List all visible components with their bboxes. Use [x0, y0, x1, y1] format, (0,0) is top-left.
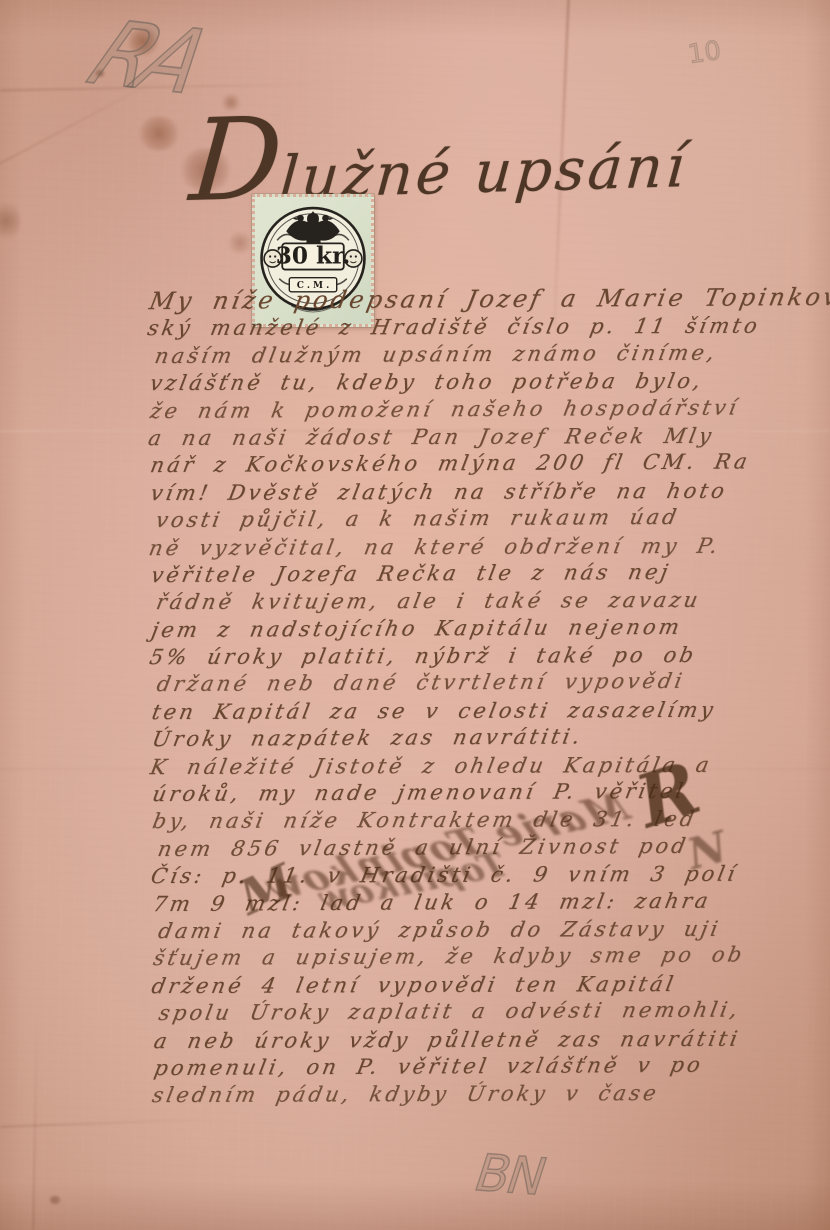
handwriting-line: že nám k pomožení našeho hospodářství [148, 393, 829, 425]
handwriting-line: naším dlužným upsáním známo činíme, [152, 339, 828, 371]
crease-horizontal-bottom [0, 1118, 220, 1128]
handwriting-line: šťujem a upisujem, že kdyby sme po ob [151, 941, 830, 973]
stain [125, 28, 161, 55]
handwriting-line: a neb úroky vždy půlletně zas navrátiti [151, 1025, 830, 1055]
handwriting-line: My níže podepsaní Jozef a Marie Topinkov [147, 284, 828, 316]
handwriting-line: Čís: p. 11. v Hradišti č. 9 vním 3 polí [148, 861, 830, 891]
handwriting-line: by, naši níže Kontraktem dle 31. led [150, 806, 830, 836]
stain-speck [96, 70, 104, 77]
handwriting-line: věřitele Jozefa Rečka tle z nás nej [149, 558, 830, 590]
stain [226, 232, 254, 254]
stain-speck [50, 1196, 60, 1204]
handwriting-line: Úroky nazpátek zas navrátiti. [150, 722, 830, 754]
crease-vertical-bottomleft [32, 1020, 38, 1230]
pencil-mark-bn: BN [467, 1144, 552, 1207]
handwriting-line: nář z Kočkovského mlýna 200 fl CM. Ra [148, 448, 829, 480]
handwriting-line: 7m 9 mzl: lad a luk o 14 mzl: zahra [151, 887, 830, 919]
document-title-calligraphy: Dlužné upsání [85, 78, 795, 230]
handwriting-line: nem 856 vlastně a ulní Živnost pod [155, 832, 830, 864]
handwritten-body: My níže podepsaní Jozef a Marie Topinkov… [149, 284, 830, 1110]
handwriting-line: vzlášťně tu, kdeby toho potřeba bylo, [147, 368, 828, 398]
handwriting-line: sledním pádu, kdyby Úroky v čase [150, 1080, 830, 1110]
stamp-denomination: 30 kr. [276, 243, 351, 270]
handwriting-line: jem z nadstojícího Kapitálu nejenom [149, 613, 830, 645]
handwriting-line: spolu Úroky zaplatit a odvésti nemohli, [156, 996, 830, 1028]
handwriting-line: pomenuli, on P. věřitel vzlášťně v po [152, 1051, 830, 1083]
handwriting-line: ně vyzvěčital, na které obdržení my P. [146, 532, 829, 562]
handwriting-line: úroků, my nade jmenovaní P. věřitel [150, 777, 830, 809]
handwriting-line: držané neb dané čtvrtletní vypovědi [154, 667, 830, 699]
scanned-document-page: RA 10 BN Dlužné upsání [0, 0, 830, 1230]
stain [0, 198, 20, 244]
handwriting-line: řádně kvitujem, ale i také se zavazu [154, 587, 830, 617]
handwriting-line: ský manželé z Hradiště číslo p. 11 šímto [145, 313, 828, 343]
crease-horizontal-topleft [0, 82, 340, 91]
handwriting-line: vosti půjčil, a k našim rukaum úad [153, 503, 829, 535]
pencil-mark-10: 10 [686, 36, 723, 70]
